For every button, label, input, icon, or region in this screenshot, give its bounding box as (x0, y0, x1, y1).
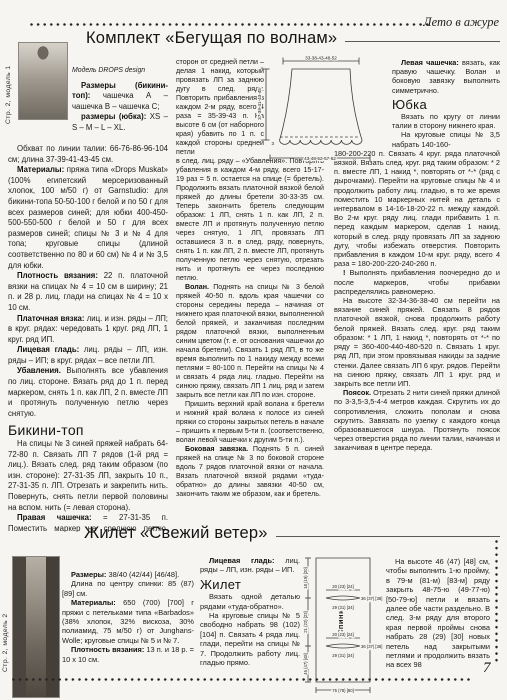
back-schematic: Спинка 20 (23) [24] 29 (31) [34] 36 (37)… (300, 554, 384, 696)
paragraph: Размеры: 38/40 (42/44) [46/48]. (62, 570, 194, 579)
top-dotted-separator (30, 23, 432, 26)
column3-runaround: Левая чашечка: вязать, как правую чашечк… (392, 58, 500, 149)
article2-column-3: На высоте 46 (47) [48] см, чтобы выполни… (386, 557, 490, 689)
skirt-outline (280, 69, 362, 144)
lower-slit-below-label: 29 (31) [34] (332, 653, 353, 658)
paragraph: Вязать по кругу от линии талии в сторону… (392, 112, 500, 130)
paragraph: На высоте 46 (47) [48] см, чтобы выполни… (386, 557, 490, 670)
paragraph: На высоте 32-34-36-38-40 см перейти на в… (334, 296, 500, 388)
paragraph: Боковая завязка. Поднять 5 п. синей пряж… (176, 445, 324, 499)
article1-title-row: Комплект «Бегущая по волнам» (86, 29, 500, 48)
paragraph: Плотность вязания: 13 п. и 18 р. = 10 х … (62, 645, 194, 664)
paragraph: Плотность вязания: 22 п. платочной вязки… (8, 271, 168, 313)
paragraph: Волан. Поднять на спицы № 3 белой пряжей… (176, 283, 324, 400)
volan-block: Волан. Поднять на спицы № 3 белой пряжей… (176, 283, 324, 499)
back-left-top-label: 18 (19) [20] (303, 567, 308, 588)
bikini-instructions: На спицы № 3 синей пряжей набрать 64-72-… (8, 439, 168, 532)
left-cup-block: Левая чашечка: вязать, как правую чашечк… (392, 58, 500, 95)
magazine-page: Лето в ажуре Комплект «Бегущая по волнам… (0, 0, 507, 700)
article2-column-2: Лицевая гладь: лиц. ряды – ЛП, изн. ряды… (200, 556, 300, 696)
lower-armhole-slit (326, 644, 360, 648)
right-dotted-separator (495, 540, 498, 664)
section-heading-bikini-top: Бикини-топ (8, 425, 168, 436)
skirt-hem-height-label: 3 (272, 141, 275, 146)
article1-column-1: Модель DROPS design Размеры (бикини-топ)… (8, 48, 168, 532)
back-left-bottom-label: 46 (47) [48] (303, 653, 308, 674)
sizes-block: Размеры (бикини-топ): чашечка А – чашечк… (72, 81, 168, 134)
paragraph: На круговые спицы № 5 свободно набрать 9… (200, 611, 300, 667)
paragraph: Лицевая гладь: лиц. ряды – ЛП, изн. ряды… (8, 345, 168, 366)
paragraph: Поясок. Отрезать 2 нити синей пряжи длин… (334, 388, 500, 452)
back-left-mid-label: 21 (22) [23] (303, 611, 308, 632)
paragraph: Лицевая гладь: лиц. ряды – ЛП, изн. ряды… (200, 556, 300, 575)
title-rule (345, 41, 500, 42)
title-rule-2 (276, 536, 500, 537)
upper-slit-width-label: 20 (23) [24] (332, 584, 353, 589)
rubric-label: Лето в ажуре (423, 15, 499, 30)
skirt-top-width-label: 33-38-43-48-52 (305, 56, 337, 61)
skirt-schematic: 33-38-43-48-52 37-39-41-43-45 3 43-48-52… (250, 52, 390, 174)
paragraph: размеры (юбка): XS – S – M – L – XL. (72, 112, 168, 133)
paragraph: Длина по центру спинки: 85 (87) [89] см. (62, 579, 194, 598)
article2-title-row: Жилет «Свежий ветер» (84, 524, 500, 543)
lower-slit-row-label: 36 (37) [38] (361, 644, 382, 649)
section-heading-vest: Жилет (200, 580, 300, 589)
materials-block: Обхват по линии талии: 66-76-86-96-104 с… (8, 144, 168, 419)
skirt-intro: Вязать по кругу от линии талии в сторону… (392, 112, 500, 149)
skirt-side-height-label: 37-39-41-43-45 (257, 88, 262, 120)
lower-slit-width-label: 20 (23) [24] (332, 632, 353, 637)
armhole-instructions: На высоте 46 (47) [48] см, чтобы выполни… (386, 557, 490, 670)
skirt-instructions: ! Выполнять прибавления поочередно до и … (334, 268, 500, 452)
back-bottom-width-label: 75 (78) [80] (332, 688, 353, 693)
paragraph: Обхват по линии талии: 66-76-86-96-104 с… (8, 144, 168, 165)
paragraph: На круговые спицы № 3,5 набрать 140-160- (392, 130, 500, 148)
photo-vest-model (12, 556, 60, 698)
model-credit: Модель DROPS design (72, 66, 168, 77)
paragraph: Материалы: пряжа типа «Drops Muskat» (10… (8, 165, 168, 271)
skirt-bottom-width-label: 43-48-52-57-62 (304, 156, 336, 161)
bottom-dotted-separator (12, 678, 470, 681)
paragraph: На спицы № 3 синей пряжей набрать 64-72-… (8, 439, 168, 513)
upper-armhole-slit (326, 596, 360, 600)
paragraph: ! Выполнять прибавления поочередно до и … (334, 268, 500, 296)
paragraph: Убавления. Выполнять все убавления по ли… (8, 366, 168, 419)
column1-intro: Модель DROPS design Размеры (бикини-топ)… (72, 48, 168, 144)
page-number: 7 (483, 660, 491, 677)
upper-slit-row-label: 36 (37) [38] (361, 596, 382, 601)
column2-continuation: в след. лиц. ряду – «Убавления». Повтори… (176, 157, 324, 283)
paragraph: Пришить верхний край волана к бретели и … (176, 400, 324, 445)
sidebar-page-ref-2: Стр. 2, модель 2 (2, 594, 9, 692)
vest-stitch-note: Лицевая гладь: лиц. ряды – ЛП, изн. ряды… (200, 556, 300, 575)
section-heading-skirt: Юбка (392, 100, 500, 109)
article2-title: Жилет «Свежий ветер» (84, 524, 268, 543)
paragraph: Размеры (бикини-топ): чашечка А – чашечк… (72, 81, 168, 113)
paragraph: Левая чашечка: вязать, как правую чашечк… (392, 58, 500, 95)
vest-instructions: Вязать одной деталью рядами «туда-обратн… (200, 592, 300, 667)
upper-slit-below-label: 29 (31) [34] (332, 605, 353, 610)
article2-column-1: Размеры: 38/40 (42/44) [46/48].Длина по … (62, 570, 194, 694)
paragraph: Вязать одной деталью рядами «туда-обратн… (200, 592, 300, 611)
vest-materials-block: Размеры: 38/40 (42/44) [46/48].Длина по … (62, 570, 194, 664)
paragraph: Платочная вязка: лиц. и изн. ряды – ЛП; … (8, 314, 168, 346)
paragraph: Материалы: 650 (700) [700] г пряжи с пет… (62, 598, 194, 645)
article1-title: Комплект «Бегущая по волнам» (86, 29, 337, 48)
